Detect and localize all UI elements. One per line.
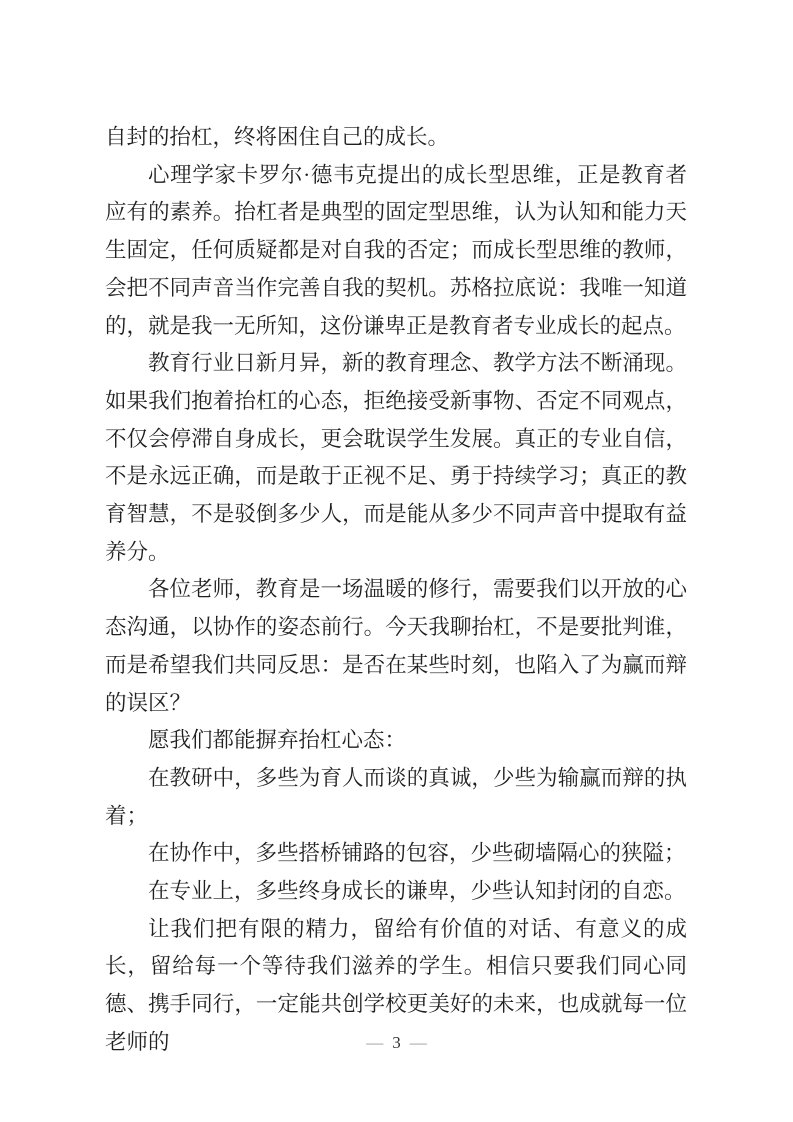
footer-dash-left: — — [366, 1033, 383, 1052]
document-page: 自封的抬杠，终将困住自己的成长。 心理学家卡罗尔·德韦克提出的成长型思维，正是教… — [0, 0, 793, 1122]
paragraph: 心理学家卡罗尔·德韦克提出的成长型思维，正是教育者应有的素养。抬杠者是典型的固定… — [105, 157, 687, 346]
document-body: 自封的抬杠，终将困住自己的成长。 心理学家卡罗尔·德韦克提出的成长型思维，正是教… — [105, 119, 687, 1062]
paragraph: 愿我们都能摒弃抬杠心态： — [105, 722, 687, 760]
paragraph: 在协作中，多些搭桥铺路的包容，少些砌墙隔心的狭隘； — [105, 835, 687, 873]
paragraph: 教育行业日新月异，新的教育理念、教学方法不断涌现。如果我们抱着抬杠的心态，拒绝接… — [105, 345, 687, 571]
paragraph: 在教研中，多些为育人而谈的真诚，少些为输赢而辩的执着； — [105, 760, 687, 835]
footer-dash-right: — — [410, 1033, 427, 1052]
page-number: 3 — [392, 1032, 401, 1054]
page-footer: —3— — [0, 1032, 793, 1054]
paragraph: 各位老师，教育是一场温暖的修行，需要我们以开放的心态沟通，以协作的姿态前行。今天… — [105, 571, 687, 722]
paragraph: 自封的抬杠，终将困住自己的成长。 — [105, 119, 687, 157]
paragraph: 在专业上，多些终身成长的谦卑，少些认知封闭的自恋。 — [105, 873, 687, 911]
